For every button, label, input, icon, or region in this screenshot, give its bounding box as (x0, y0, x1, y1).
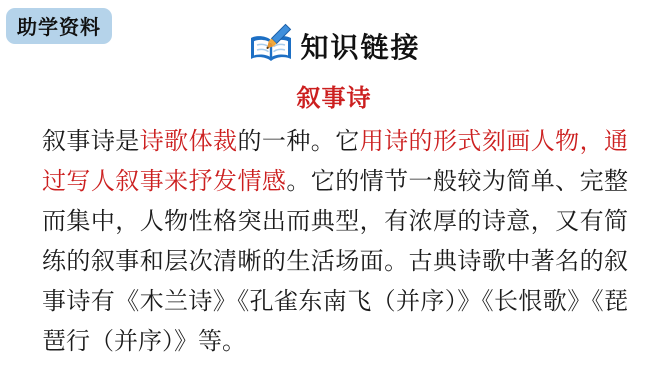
text-run-red: 诗歌体裁 (140, 128, 238, 155)
text-run-black: 。它的情节一般较为简单、完整而集中，人物性格突出而典型，有浓厚的诗意，又有简练的… (42, 168, 628, 355)
slide: 助学资料 知识链接 叙事诗 叙事诗是诗歌体裁的一种。它用诗的形式刻画人物，通过 (0, 0, 668, 376)
book-pen-icon (247, 23, 295, 69)
subtitle: 叙事诗 (0, 78, 668, 113)
text-run-black: 叙事诗是 (42, 128, 140, 155)
study-aid-badge: 助学资料 (6, 8, 112, 44)
page-title: 知识链接 (300, 26, 420, 66)
body-paragraph: 叙事诗是诗歌体裁的一种。它用诗的形式刻画人物，通过写人叙事来抒发情感。它的情节一… (42, 122, 628, 362)
text-run-black: 的一种。它 (238, 128, 360, 155)
badge-label: 助学资料 (17, 17, 101, 39)
